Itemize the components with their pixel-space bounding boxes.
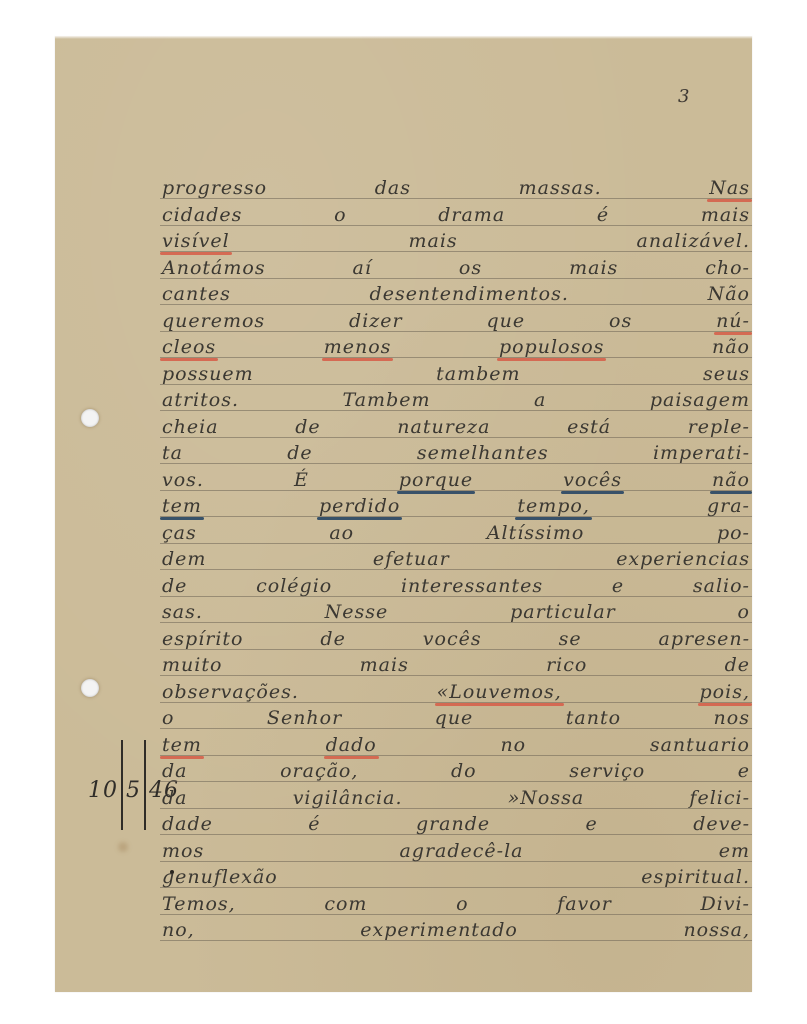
word: e <box>612 575 624 597</box>
punch-hole-top <box>81 409 99 427</box>
word: salio- <box>693 575 750 597</box>
word: cidades <box>162 204 242 226</box>
word: mais <box>701 204 750 226</box>
word: reple- <box>688 416 750 438</box>
word: Nesse <box>325 601 389 623</box>
text-line: davigilância.»Nossafelici- <box>162 783 750 809</box>
text-line: cidadesodramaémais <box>162 200 750 226</box>
word: Altíssimo <box>487 522 585 544</box>
word: massas. <box>519 177 602 199</box>
word: interessantes <box>401 575 543 597</box>
text-line: queremosdizerqueosnú- <box>162 306 750 332</box>
text-line: temperdidotempo,gra- <box>162 491 750 517</box>
word: que <box>435 707 474 729</box>
word: vocês <box>563 469 622 491</box>
word: genuflexão <box>162 866 278 888</box>
word: e <box>738 760 750 782</box>
text-line: daoração,doserviçoe <box>162 756 750 782</box>
word: de <box>320 628 345 650</box>
word: É <box>294 469 309 491</box>
text-line: çasaoAltíssimopo- <box>162 518 750 544</box>
word: observações. <box>162 681 299 703</box>
word: espiritual. <box>641 866 750 888</box>
text-line: visívelmaisanalizável. <box>162 226 750 252</box>
word: perdido <box>319 495 400 517</box>
word: que <box>486 310 525 332</box>
word: espírito <box>162 628 243 650</box>
word: vos. <box>162 469 204 491</box>
word: no, <box>162 919 195 941</box>
word: da <box>162 760 188 782</box>
torn-top-edge <box>55 33 752 39</box>
word: o <box>162 707 174 729</box>
word: de <box>287 442 312 464</box>
word: de <box>295 416 320 438</box>
word: tambem <box>436 363 520 385</box>
word: tem <box>162 495 202 517</box>
word: porque <box>399 469 473 491</box>
word: cleos <box>162 336 216 358</box>
word: o <box>738 601 750 623</box>
word: Anotámos <box>162 257 266 279</box>
text-line: dadeégrandeedeve- <box>162 809 750 835</box>
word: drama <box>438 204 505 226</box>
word: dem <box>162 548 206 570</box>
date-divider <box>144 740 146 830</box>
word: em <box>719 840 750 862</box>
text-line: vos.Éporquevocêsnão <box>162 465 750 491</box>
word: deve- <box>693 813 750 835</box>
word: cantes <box>162 283 231 305</box>
word: dado <box>326 734 377 756</box>
word: colégio <box>256 575 332 597</box>
word: efetuar <box>373 548 450 570</box>
word: rico <box>546 654 587 676</box>
text-line: observações.«Louvemos,pois, <box>162 677 750 703</box>
word: particular <box>510 601 616 623</box>
word: mais <box>409 230 458 252</box>
text-line: cleosmenospopulososnão <box>162 332 750 358</box>
text-line: cantesdesentendimentos.Não <box>162 279 750 305</box>
text-line: sas.Nesseparticularo <box>162 597 750 623</box>
word: paisagem <box>650 389 750 411</box>
word: Não <box>708 283 750 305</box>
word: o <box>334 204 346 226</box>
word: não <box>712 469 750 491</box>
word: felici- <box>689 787 750 809</box>
word: possuem <box>162 363 254 385</box>
word: Temos, <box>162 893 236 915</box>
word: mais <box>360 654 409 676</box>
date-month: 5 <box>126 778 141 803</box>
word: favor <box>557 893 612 915</box>
text-line: cheiadenaturezaestáreple- <box>162 412 750 438</box>
word: do <box>451 760 477 782</box>
text-line: genuflexãoespiritual. <box>162 862 750 888</box>
word: natureza <box>397 416 490 438</box>
word: ao <box>329 522 354 544</box>
text-line: progressodasmassas.Nas <box>162 173 750 199</box>
word: serviço <box>569 760 645 782</box>
text-line: demefetuarexperiencias <box>162 544 750 570</box>
word: da <box>162 787 188 809</box>
word: é <box>308 813 320 835</box>
text-line: Temos,comofavorDivi- <box>162 889 750 915</box>
word: Nas <box>709 177 750 199</box>
page-number: 3 <box>678 86 689 107</box>
word: aí <box>353 257 372 279</box>
word: desentendimentos. <box>370 283 569 305</box>
word: semelhantes <box>417 442 549 464</box>
word: po- <box>717 522 750 544</box>
word: no <box>500 734 526 756</box>
word: pois, <box>700 681 750 703</box>
text-line: oSenhorquetantonos <box>162 703 750 729</box>
word: dizer <box>349 310 403 332</box>
word: apresen- <box>659 628 750 650</box>
text-line: tadesemelhantesimperati- <box>162 438 750 464</box>
word: sas. <box>162 601 203 623</box>
word: ta <box>162 442 183 464</box>
word: não <box>712 336 750 358</box>
word: se <box>559 628 582 650</box>
word: experiencias <box>616 548 750 570</box>
word: experimentado <box>360 919 518 941</box>
word: os <box>459 257 482 279</box>
date-day: 10 <box>88 778 118 803</box>
word: tempo, <box>517 495 590 517</box>
text-line: mosagradecê-laem <box>162 836 750 862</box>
word: seus <box>703 363 750 385</box>
word: menos <box>324 336 392 358</box>
word: mais <box>569 257 618 279</box>
word: nossa, <box>683 919 750 941</box>
text-line: temdadonosantuario <box>162 730 750 756</box>
word: »Nossa <box>508 787 585 809</box>
word: nú- <box>716 310 750 332</box>
word: vigilância. <box>293 787 403 809</box>
word: de <box>725 654 750 676</box>
word: santuario <box>650 734 750 756</box>
word: e <box>586 813 598 835</box>
text-line: atritos.Tambemapaisagem <box>162 385 750 411</box>
word: analizável. <box>637 230 750 252</box>
word: tem <box>162 734 202 756</box>
word: ças <box>162 522 197 544</box>
word: queremos <box>162 310 265 332</box>
text-line: possuemtambemseus <box>162 359 750 385</box>
word: nos <box>714 707 750 729</box>
word: atritos. <box>162 389 239 411</box>
word: cho- <box>705 257 750 279</box>
word: vocês <box>423 628 482 650</box>
word: de <box>162 575 187 597</box>
punch-hole-bottom <box>81 679 99 697</box>
word: Senhor <box>267 707 342 729</box>
word: é <box>597 204 609 226</box>
text-line: decolégiointeressantesesalio- <box>162 571 750 597</box>
date-divider <box>121 740 123 830</box>
word: imperati- <box>653 442 750 464</box>
word: muito <box>162 654 222 676</box>
word: visível <box>162 230 230 252</box>
word: a <box>534 389 546 411</box>
word: oração, <box>280 760 358 782</box>
word: mos <box>162 840 204 862</box>
word: grande <box>416 813 490 835</box>
text-line: no,experimentadonossa, <box>162 915 750 941</box>
word: o <box>456 893 468 915</box>
word: populosos <box>499 336 604 358</box>
word: «Louvemos, <box>437 681 562 703</box>
word: cheia <box>162 416 219 438</box>
word: com <box>324 893 367 915</box>
word: os <box>609 310 632 332</box>
word: das <box>375 177 411 199</box>
word: está <box>567 416 611 438</box>
word: progresso <box>162 177 267 199</box>
word: gra- <box>707 495 750 517</box>
text-line: espíritodevocêsseapresen- <box>162 624 750 650</box>
text-line: Anotámosaíosmaischo- <box>162 253 750 279</box>
paper-stain <box>118 842 128 852</box>
word: Tambem <box>343 389 431 411</box>
word: tanto <box>566 707 621 729</box>
word: Divi- <box>700 893 750 915</box>
text-line: muitomaisricode <box>162 650 750 676</box>
word: agradecê-la <box>399 840 523 862</box>
word: dade <box>162 813 213 835</box>
